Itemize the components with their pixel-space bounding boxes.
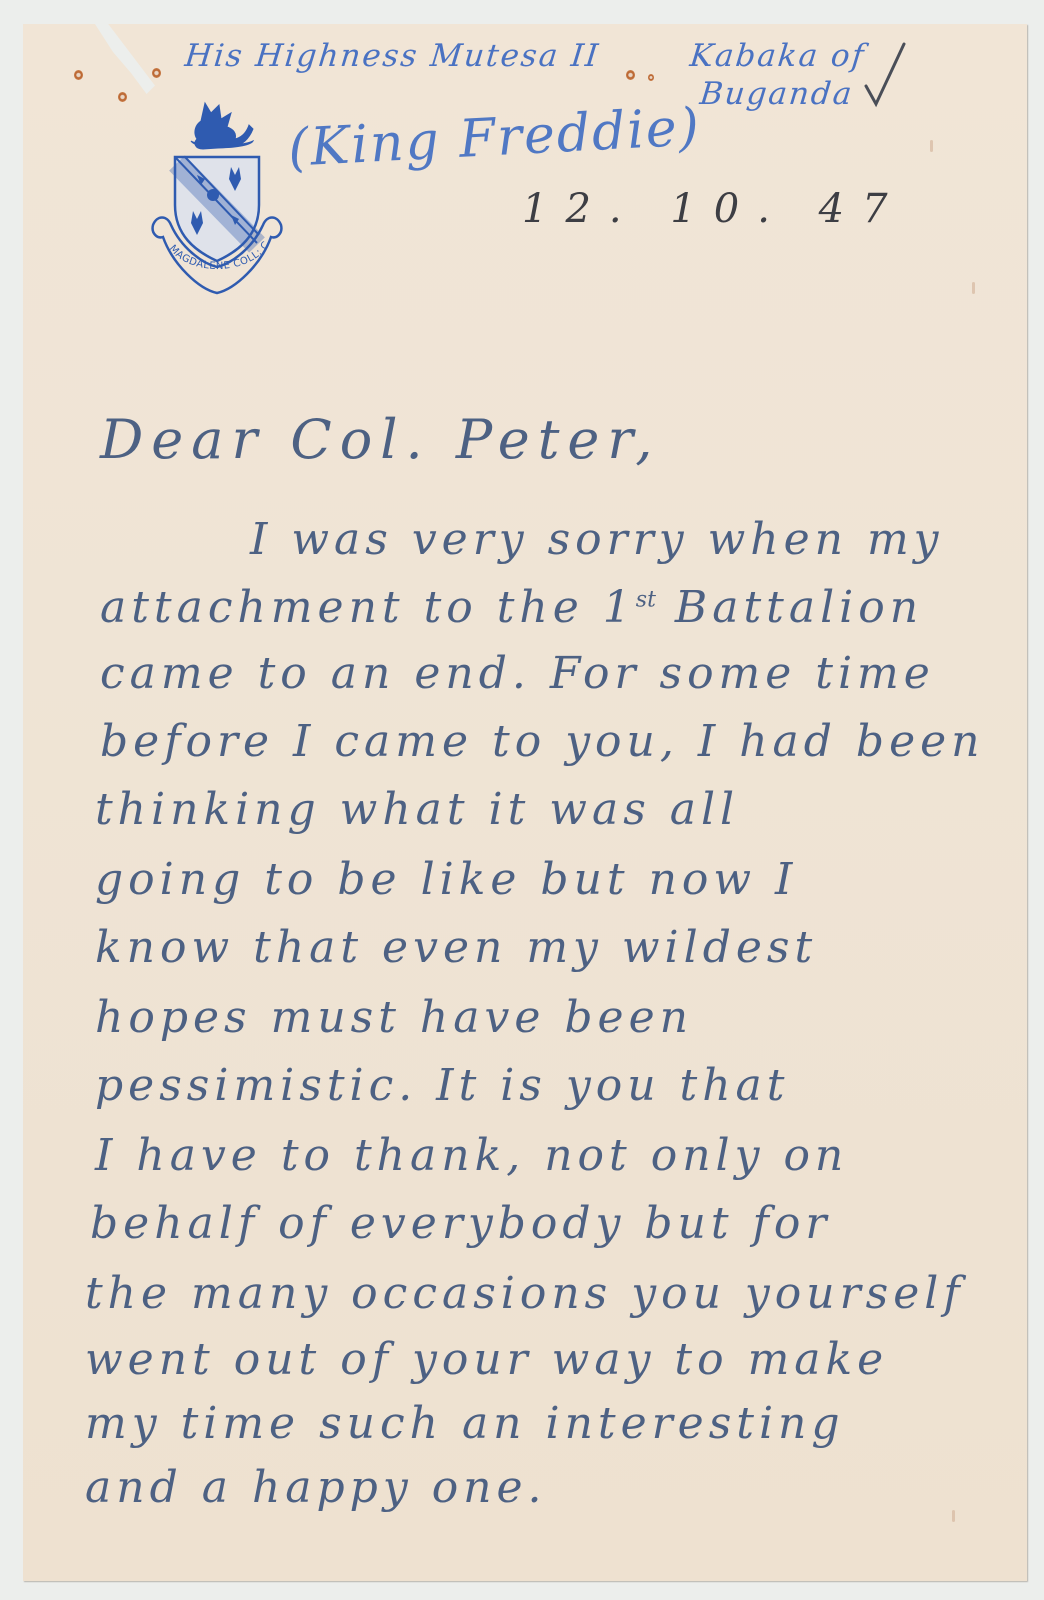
body-line: I was very sorry when my (250, 514, 944, 565)
body-line-text: attachment to the 1 (100, 582, 636, 633)
body-line: pessimistic. It is you that (95, 1060, 789, 1111)
body-line: the many occasions you yourself (85, 1268, 965, 1319)
body-line: went out of your way to make (85, 1334, 888, 1385)
college-coat-of-arms-icon: MAGDALENE COLL: CAMB (145, 95, 295, 295)
ordinal-suffix: st (636, 587, 656, 612)
body-line: before I came to you, I had been (100, 716, 985, 767)
body-line: and a happy one. (85, 1462, 547, 1513)
annotation-name: His Highness Mutesa II (183, 38, 601, 74)
salutation: Dear Col. Peter, (100, 408, 660, 471)
body-line: attachment to the 1st Battalion (100, 582, 923, 633)
body-line: know that even my wildest (95, 922, 817, 973)
letter-date: 12. 10. 47 (522, 186, 906, 232)
annotation-buganda: Buganda (698, 76, 855, 112)
rust-spot (74, 70, 83, 80)
body-line: hopes must have been (95, 992, 693, 1043)
body-line: my time such an interesting (85, 1398, 845, 1449)
body-line: behalf of everybody but for (90, 1198, 831, 1249)
body-line: I have to thank, not only on (95, 1130, 848, 1181)
rust-spot (152, 68, 161, 78)
checkmark-icon (860, 40, 910, 110)
rust-spot (118, 92, 127, 102)
rust-spot (626, 70, 635, 80)
body-line-text: Battalion (675, 582, 923, 633)
body-line: going to be like but now I (95, 854, 797, 905)
rust-spot (648, 74, 654, 81)
body-line: came to an end. For some time (100, 648, 935, 699)
body-line: thinking what it was all (95, 784, 739, 835)
annotation-kabaka: Kabaka of (688, 38, 867, 74)
